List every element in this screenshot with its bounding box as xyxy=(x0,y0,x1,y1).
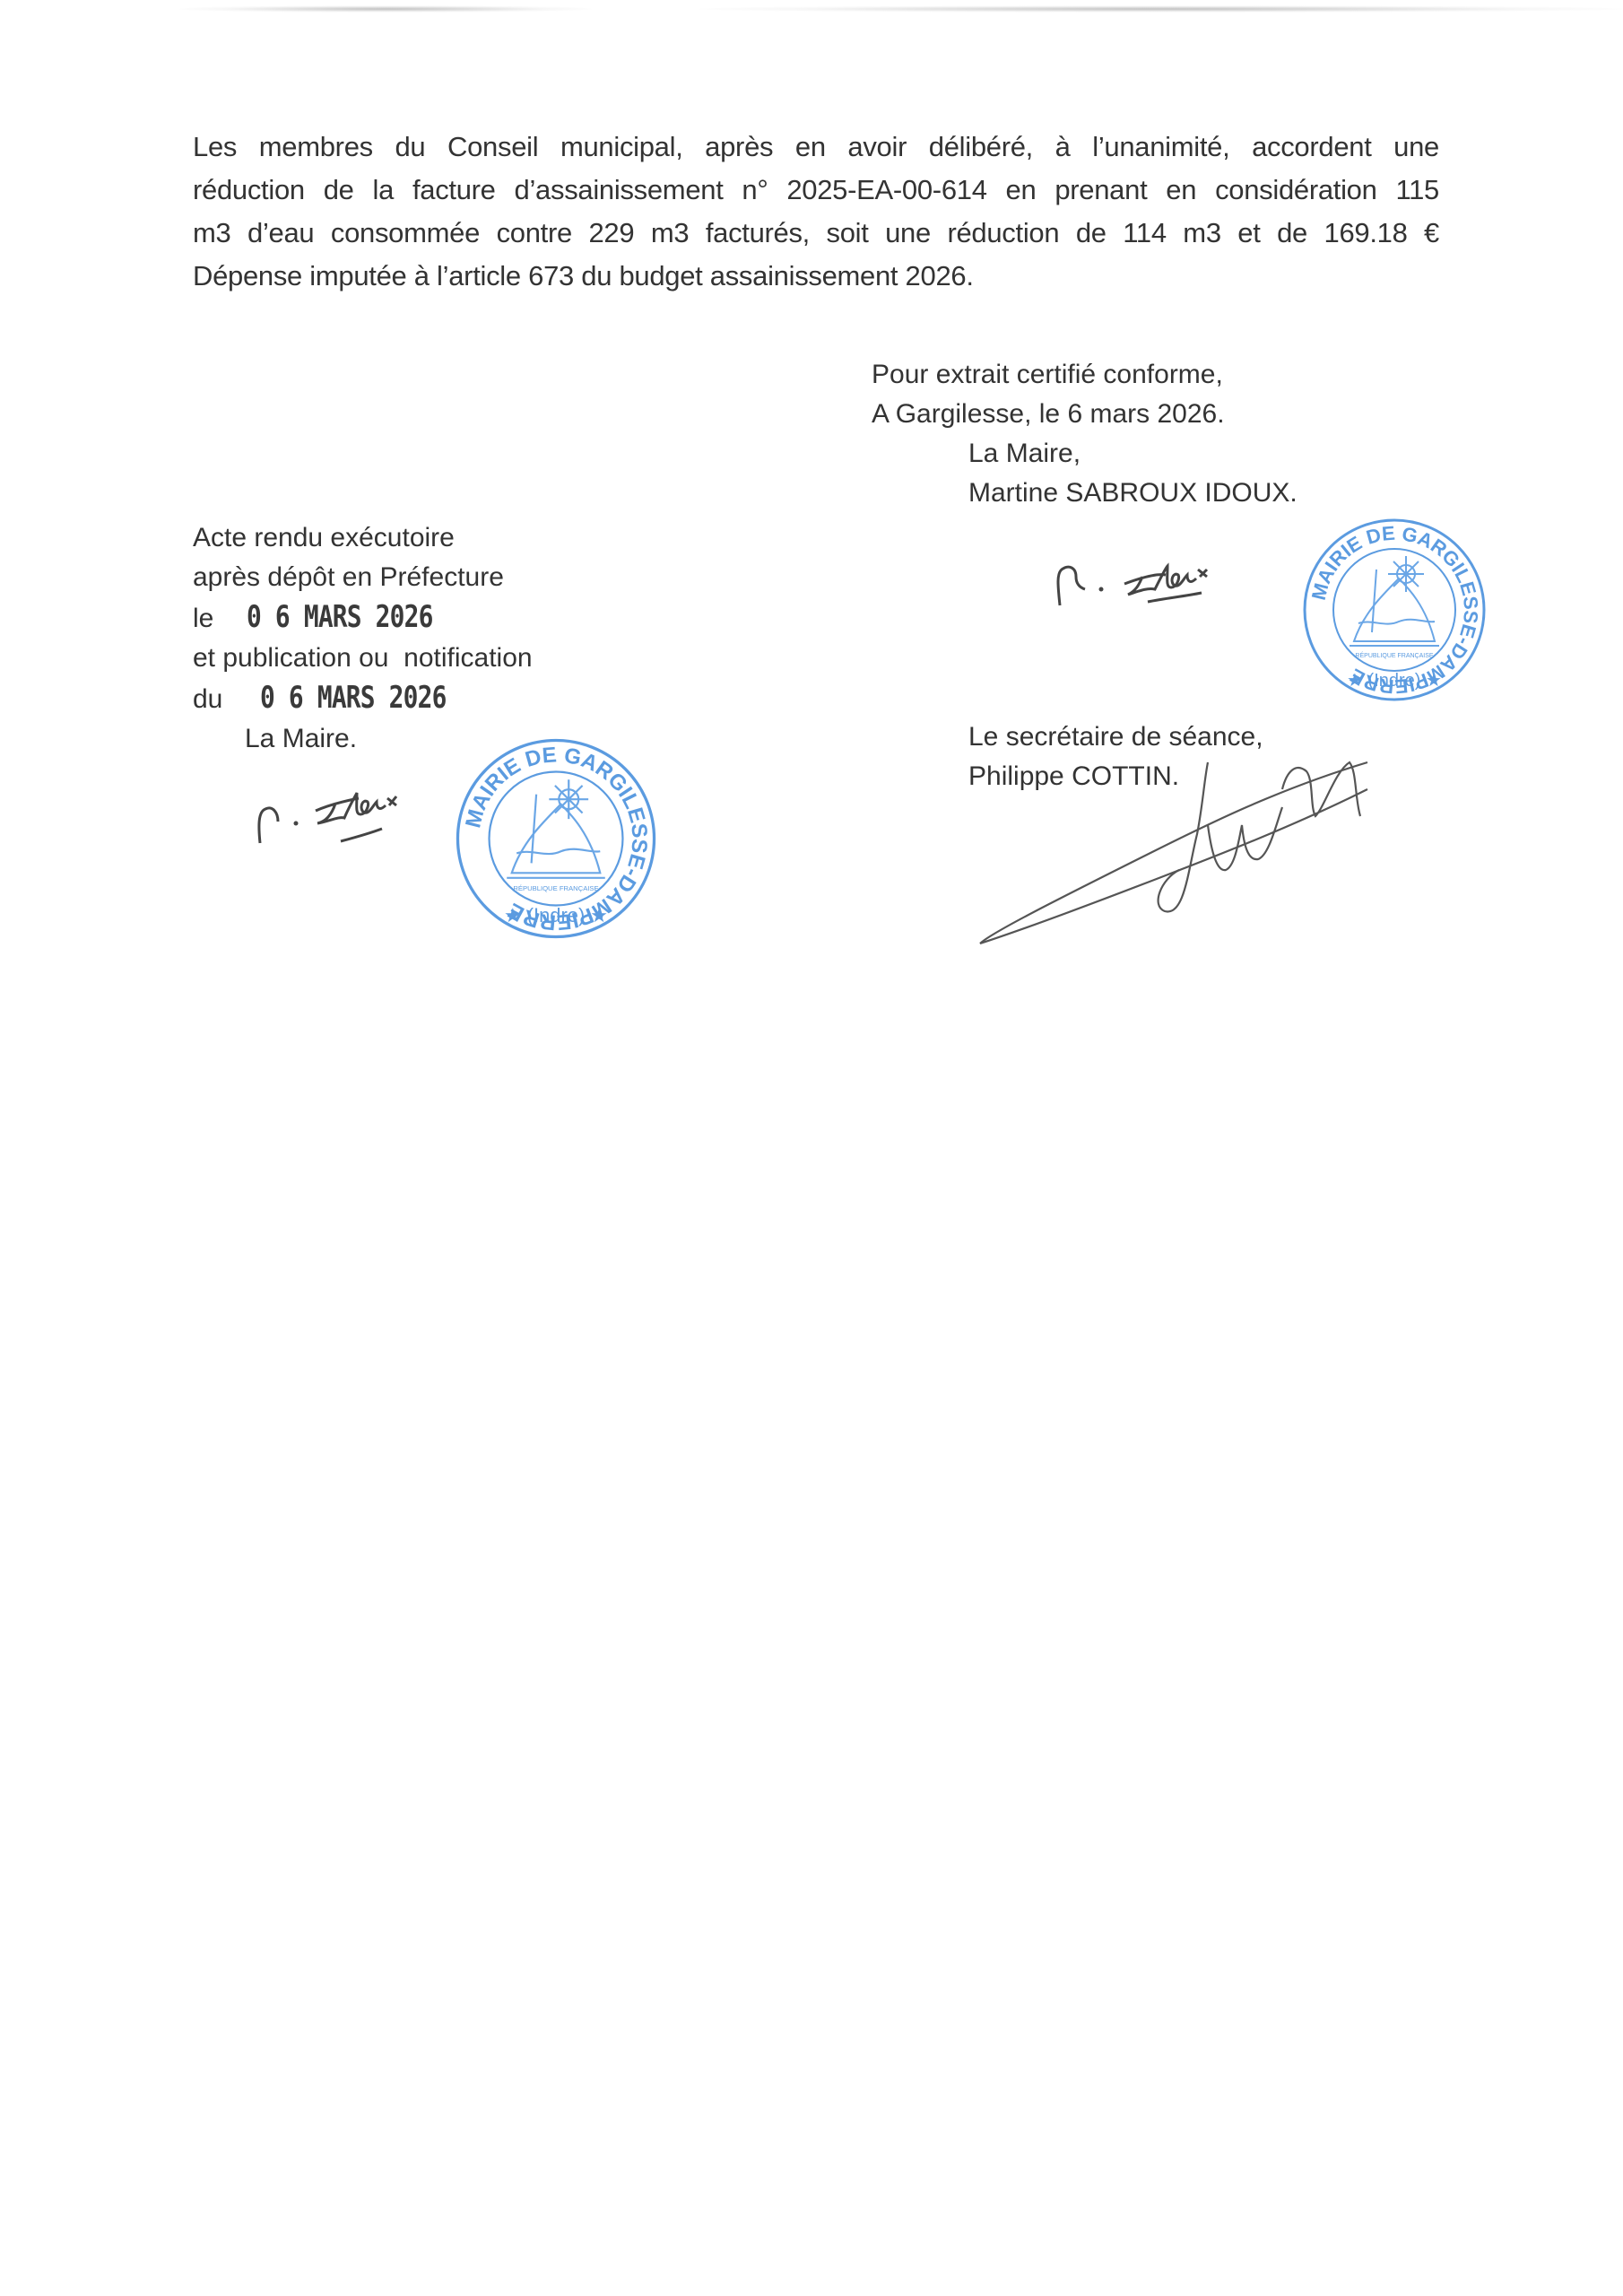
town-hall-seal-right: MAIRIE DE GARGILESSE-DAMPIERRE ★ (Indre)… xyxy=(1300,516,1488,704)
mayor-role: La Maire, xyxy=(872,434,1298,474)
certification-block: Pour extrait certifié conforme, A Gargil… xyxy=(872,355,1298,513)
mayor-name: Martine SABROUX IDOUX. xyxy=(872,474,1298,513)
svg-text:★ (Indre) ★: ★ (Indre) ★ xyxy=(1347,671,1442,691)
certification-line-1: Pour extrait certifié conforme, xyxy=(872,355,1298,395)
svg-text:★ (Indre) ★: ★ (Indre) ★ xyxy=(504,904,608,926)
execution-line-2: après dépôt en Préfecture xyxy=(193,558,533,597)
mayor-signature-left xyxy=(251,771,448,865)
scan-edge-shadow-right xyxy=(699,5,1623,13)
execution-line-4: et publication ou notification xyxy=(193,639,533,678)
body-line-3: m3 d’eau consommée contre 229 m3 facturé… xyxy=(193,212,1439,255)
svg-text:RÉPUBLIQUE FRANÇAISE: RÉPUBLIQUE FRANÇAISE xyxy=(1355,651,1433,659)
execution-line-1: Acte rendu exécutoire xyxy=(193,518,533,558)
body-line-1: Les membres du Conseil municipal, après … xyxy=(193,126,1439,169)
publication-prefix: du xyxy=(193,680,260,719)
secretary-signature xyxy=(973,735,1385,964)
deposit-prefix: le xyxy=(193,599,247,639)
deliberation-paragraph: Les membres du Conseil municipal, après … xyxy=(193,126,1439,298)
town-hall-seal-left: MAIRIE DE GARGILESSE-DAMPIERRE ★ (Indre)… xyxy=(453,735,659,942)
deposit-date-stamp: 0 6 MARS 2026 xyxy=(247,597,433,637)
scan-edge-shadow-left xyxy=(179,5,592,13)
body-line-2: réduction de la facture d’assainissement… xyxy=(193,169,1439,212)
certification-line-2: A Gargilesse, le 6 mars 2026. xyxy=(872,395,1298,434)
deposit-date-row: le0 6 MARS 2026 xyxy=(193,597,533,639)
mayor-signature-right xyxy=(1049,552,1264,628)
body-line-4: Dépense imputée à l’article 673 du budge… xyxy=(193,255,1439,298)
svg-text:RÉPUBLIQUE FRANÇAISE: RÉPUBLIQUE FRANÇAISE xyxy=(513,884,598,892)
execution-block: Acte rendu exécutoire après dépôt en Pré… xyxy=(193,518,533,759)
publication-date-row: du0 6 MARS 2026 xyxy=(193,678,533,719)
publication-date-stamp: 0 6 MARS 2026 xyxy=(260,678,447,717)
